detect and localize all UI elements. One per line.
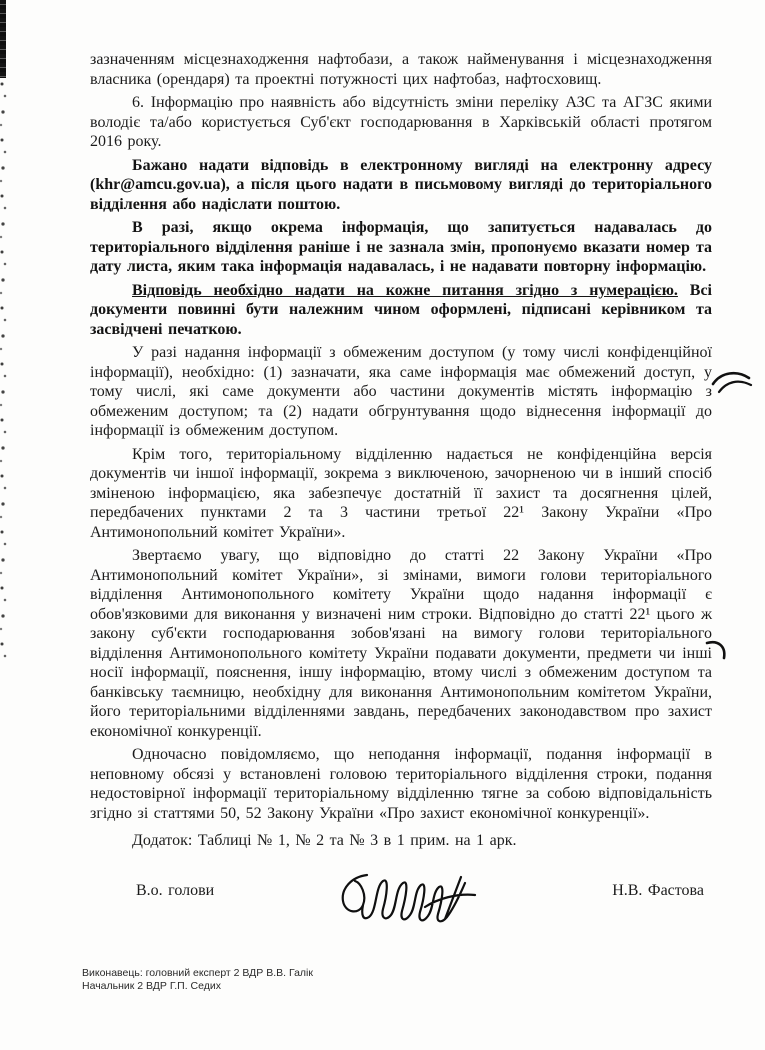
paragraph-answer-each-question: Відповідь необхідно надати на кожне пита… [90, 281, 712, 340]
scan-edge-artifact-dense [0, 0, 6, 78]
signer-name: Н.В. Фастова [612, 881, 704, 901]
paragraph-continuation: зазначенням місцезнаходження нафтобази, … [90, 50, 712, 89]
signature-row: В.о. голови Н.В. Фастова [90, 881, 712, 927]
paragraph-previously-provided-info: В разі, якщо окрема інформація, що запит… [90, 218, 712, 277]
paragraph-email-instruction: Бажано надати відповідь в електронному в… [90, 156, 712, 215]
underlined-sentence: Відповідь необхідно надати на кожне пита… [132, 282, 678, 299]
letter-body: зазначенням місцезнаходження нафтобази, … [90, 50, 712, 993]
executor-line: Виконавець: головний експерт 2 ВДР В.В. … [82, 967, 712, 980]
executor-footer: Виконавець: головний експерт 2 ВДР В.В. … [82, 967, 712, 993]
paragraph-item-6: 6. Інформацію про наявність або відсутні… [90, 93, 712, 152]
signer-role: В.о. голови [136, 881, 214, 901]
pen-stroke-mark-bottom [704, 638, 732, 664]
attachment-line: Додаток: Таблиці № 1, № 2 та № 3 в 1 при… [90, 831, 712, 851]
handwritten-signature [333, 867, 483, 927]
paragraph-restricted-access-info: У разі надання інформації з обмеженим до… [90, 343, 712, 441]
department-head-line: Начальник 2 ВДР Г.П. Седих [82, 980, 712, 993]
paragraph-non-confidential-version: Крім того, територіальному відділенню на… [90, 445, 712, 543]
paragraph-article-22-obligations: Звертаємо увагу, що відповідно до статті… [90, 546, 712, 741]
scanned-document-page: зазначенням місцезнаходження нафтобази, … [0, 0, 765, 1050]
pen-stroke-mark-top [711, 368, 755, 396]
scan-edge-artifact-dots [0, 78, 8, 658]
paragraph-liability-warning: Одночасно повідомляємо, що неподання інф… [90, 745, 712, 823]
